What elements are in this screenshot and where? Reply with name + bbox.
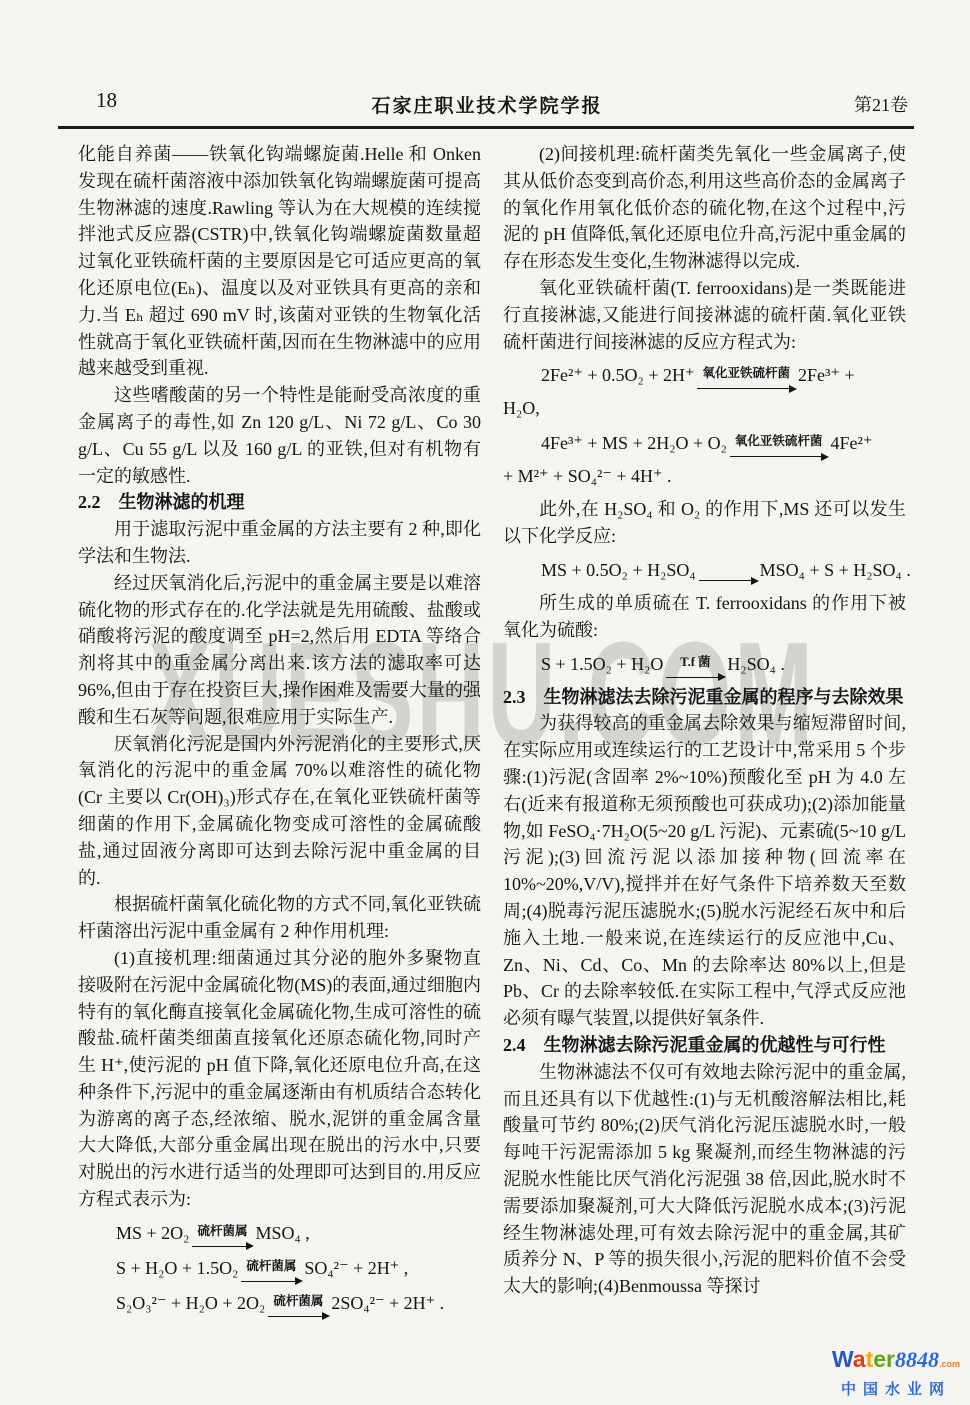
logo-letter-4: r bbox=[886, 1346, 895, 1372]
logo-domain: .com bbox=[939, 1359, 960, 1369]
reaction-condition: 氧化亚铁硫杆菌 bbox=[697, 366, 795, 380]
equation-lhs: MS + 2O₂ bbox=[116, 1223, 189, 1243]
paragraph: 所生成的单质硫在 T. ferrooxidans 的作用下被氧化为硫酸: bbox=[503, 590, 906, 644]
paragraph: 氧化亚铁硫杆菌(T. ferrooxidans)是一类既能进行直接淋滤,又能进行… bbox=[503, 275, 906, 355]
equation-rhs: MSO₄ , bbox=[255, 1223, 309, 1243]
section-heading-2-3: 2.3 生物淋滤法去除污泥重金属的程序与去除效果 bbox=[503, 684, 906, 711]
journal-title: 石家庄职业技术学院学报 bbox=[60, 91, 914, 118]
reaction-equation: MS + 0.5O₂ + H₂SO₄MSO₄ + S + H₂SO₄ . bbox=[503, 555, 906, 585]
reaction-arrow: 硫杆菌属 bbox=[241, 1259, 301, 1282]
reaction-equation: 2Fe²⁺ + 0.5O₂ + 2H⁺氧化亚铁硫杆菌2Fe³⁺ + bbox=[503, 360, 906, 390]
logo-number: 8848 bbox=[895, 1347, 939, 1372]
reaction-condition: T.f 菌 bbox=[675, 655, 715, 669]
equation-lhs: S + H₂O + 1.5O₂ bbox=[116, 1258, 238, 1278]
reaction-arrow: 氧化亚铁硫杆菌 bbox=[697, 366, 795, 389]
logo-wordmark: Water8848.com bbox=[832, 1347, 960, 1376]
equation-continuation: + M²⁺ + SO₄²⁻ + 4H⁺ . bbox=[503, 461, 906, 491]
reaction-arrow bbox=[699, 572, 757, 581]
right-column: (2)间接机理:硫杆菌类先氧化一些金属离子,使其从低价态变到高价态,利用这些高价… bbox=[503, 141, 906, 1323]
arrow-icon bbox=[666, 669, 724, 678]
water8848-logo: Water8848.com 中国水业网 bbox=[832, 1347, 960, 1399]
equation-rhs: 2SO₄²⁻ + 2H⁺ . bbox=[331, 1293, 444, 1313]
section-heading-2-2: 2.2 生物淋滤的机理 bbox=[78, 489, 481, 516]
reaction-condition: 硫杆菌属 bbox=[192, 1224, 252, 1238]
reaction-condition: 硫杆菌属 bbox=[241, 1259, 301, 1273]
two-column-body: 化能自养菌——铁氧化钩端螺旋菌.Helle 和 Onken发现在硫杆菌溶液中添加… bbox=[78, 141, 906, 1323]
reaction-equation: S₂O₃²⁻ + H₂O + 2O₂硫杆菌属2SO₄²⁻ + 2H⁺ . bbox=[78, 1288, 481, 1318]
paragraph: 化能自养菌——铁氧化钩端螺旋菌.Helle 和 Onken发现在硫杆菌溶液中添加… bbox=[78, 141, 481, 382]
header-rule bbox=[58, 126, 914, 129]
reaction-equation: MS + 2O₂硫杆菌属MSO₄ , bbox=[78, 1218, 481, 1248]
equation-lhs: 4Fe³⁺ + MS + 2H₂O + O₂ bbox=[541, 433, 727, 453]
paragraph: 用于滤取污泥中重金属的方法主要有 2 种,即化学法和生物法. bbox=[78, 516, 481, 570]
equation-continuation: H₂O, bbox=[503, 393, 906, 423]
equation-rhs: H₂SO₄ . bbox=[727, 654, 785, 674]
arrow-icon bbox=[241, 1273, 301, 1282]
equation-rhs: SO₄²⁻ + 2H⁺ , bbox=[304, 1258, 408, 1278]
left-column: 化能自养菌——铁氧化钩端螺旋菌.Helle 和 Onken发现在硫杆菌溶液中添加… bbox=[78, 141, 481, 1323]
paragraph: 经过厌氧消化后,污泥中的重金属主要是以难溶硫化物的形式存在的.化学法就是先用硫酸… bbox=[78, 570, 481, 731]
equation-rhs: 2Fe³⁺ + bbox=[798, 365, 855, 385]
equation-lhs: MS + 0.5O₂ + H₂SO₄ bbox=[541, 560, 696, 580]
reaction-arrow: 硫杆菌属 bbox=[192, 1224, 252, 1247]
reaction-condition: 硫杆菌属 bbox=[268, 1294, 328, 1308]
equation-lhs: 2Fe²⁺ + 0.5O₂ + 2H⁺ bbox=[541, 365, 694, 385]
reaction-equation: S + H₂O + 1.5O₂硫杆菌属SO₄²⁻ + 2H⁺ , bbox=[78, 1253, 481, 1283]
reaction-arrow: 硫杆菌属 bbox=[268, 1294, 328, 1317]
equation-rhs: 4Fe²⁺ bbox=[830, 433, 872, 453]
logo-letter-3: e bbox=[873, 1346, 886, 1372]
paragraph: (1)直接机理:细菌通过其分泌的胞外多聚物直接吸附在污泥中金属硫化物(MS)的表… bbox=[78, 945, 481, 1213]
paragraph: 厌氧消化污泥是国内外污泥消化的主要形式,厌氧消化的污泥中的重金属 70%以难溶性… bbox=[78, 731, 481, 892]
reaction-condition: 氧化亚铁硫杆菌 bbox=[730, 434, 828, 448]
paragraph: 生物淋滤法不仅可有效地去除污泥中的重金属,而且还具有以下优越性:(1)与无机酸溶… bbox=[503, 1059, 906, 1300]
arrow-icon bbox=[697, 380, 795, 389]
paragraph: 根据硫杆菌氧化硫化物的方式不同,氧化亚铁硫杆菌溶出污泥中重金属有 2 种作用机理… bbox=[78, 891, 481, 945]
paragraph: 这些嗜酸菌的另一个特性是能耐受高浓度的重金属离子的毒性,如 Zn 120 g/L… bbox=[78, 382, 481, 489]
equation-rhs: MSO₄ + S + H₂SO₄ . bbox=[760, 560, 911, 580]
reaction-arrow: 氧化亚铁硫杆菌 bbox=[730, 434, 828, 457]
volume-label: 第21卷 bbox=[854, 91, 908, 117]
section-heading-2-4: 2.4 生物淋滤去除污泥重金属的优越性与可行性 bbox=[503, 1032, 906, 1059]
logo-subtitle: 中国水业网 bbox=[832, 1378, 960, 1399]
reaction-equation: S + 1.5O₂ + H₂OT.f 菌H₂SO₄ . bbox=[503, 649, 906, 679]
paragraph: 为获得较高的重金属去除效果与缩短滞留时间,在实际应用或连续运行的工艺设计中,常采… bbox=[503, 710, 906, 1032]
paragraph: 此外,在 H₂SO₄ 和 O₂ 的作用下,MS 还可以发生以下化学反应: bbox=[503, 496, 906, 550]
page-header: 18 石家庄职业技术学院学报 第21卷 bbox=[60, 88, 914, 122]
arrow-icon bbox=[699, 572, 757, 581]
logo-letter-0: W bbox=[832, 1346, 853, 1372]
paragraph: (2)间接机理:硫杆菌类先氧化一些金属离子,使其从低价态变到高价态,利用这些高价… bbox=[503, 141, 906, 275]
reaction-equation: 4Fe³⁺ + MS + 2H₂O + O₂氧化亚铁硫杆菌4Fe²⁺ bbox=[503, 428, 906, 458]
equation-lhs: S₂O₃²⁻ + H₂O + 2O₂ bbox=[116, 1293, 265, 1313]
scanned-journal-page: XUESHU.COM 18 石家庄职业技术学院学报 第21卷 化能自养菌——铁氧… bbox=[0, 0, 970, 1405]
reaction-arrow: T.f 菌 bbox=[666, 655, 724, 678]
arrow-icon bbox=[730, 448, 828, 457]
arrow-icon bbox=[192, 1238, 252, 1247]
logo-letter-1: a bbox=[853, 1346, 866, 1372]
arrow-icon bbox=[268, 1308, 328, 1317]
equation-lhs: S + 1.5O₂ + H₂O bbox=[541, 654, 663, 674]
